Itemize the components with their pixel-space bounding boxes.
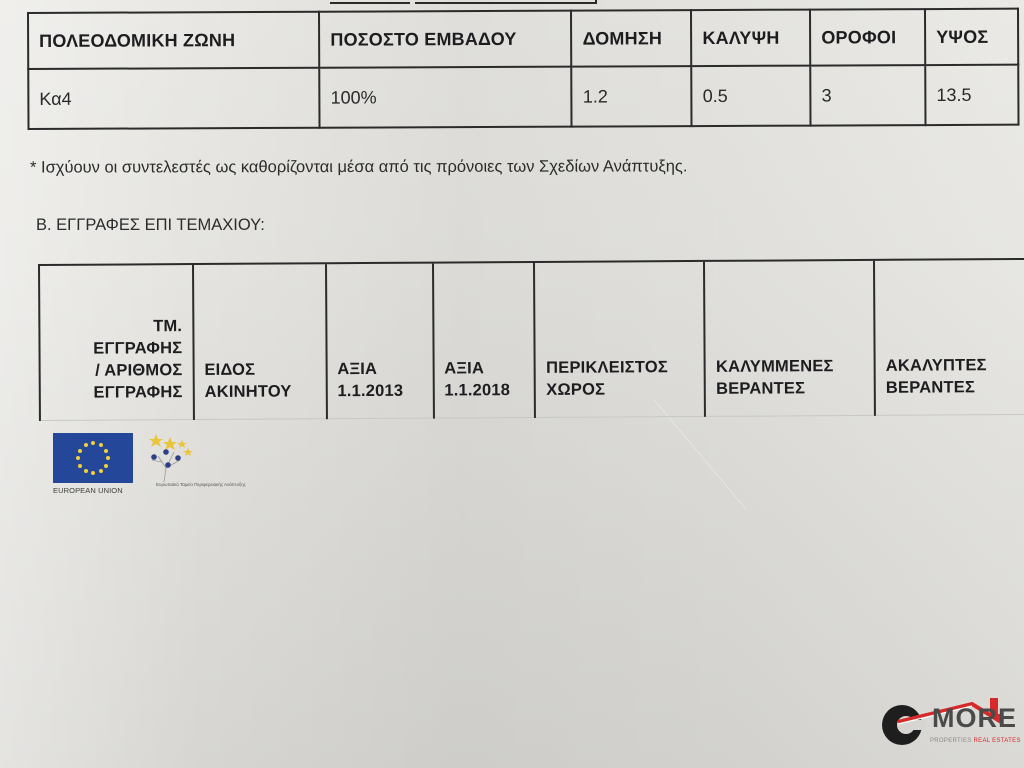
header-value-2013: ΑΞΙΑ 1.1.2013	[326, 263, 434, 419]
eu-star-icon	[84, 443, 88, 447]
eu-star-icon	[99, 443, 103, 447]
coefficients-note: * Ισχύουν οι συντελεστές ως καθορίζονται…	[30, 157, 687, 177]
eu-flag-icon	[53, 433, 133, 483]
header-area-percent: ΠΟΣΟΣΤΟ ΕΜΒΑΔΟΥ	[319, 11, 571, 68]
parcel-entries-table: ΤΜ. ΕΓΓΡΑΦΗΣ / ΑΡΙΘΜΟΣ ΕΓΓΡΑΦΗΣ ΕΙΔΟΣ ΑΚ…	[38, 258, 1024, 421]
header-floors: ΟΡΟΦΟΙ	[810, 9, 925, 66]
eu-caption: EUROPEAN UNION	[53, 486, 133, 495]
entries-header-row: ΤΜ. ΕΓΓΡΑΦΗΣ / ΑΡΙΘΜΟΣ ΕΓΓΡΑΦΗΣ ΕΙΔΟΣ ΑΚ…	[39, 259, 1024, 421]
header-uncovered-verandas: ΑΚΑΛΥΠΤΕΣ ΒΕΡΑΝΤΕΣ	[874, 259, 1024, 415]
eu-star-icon	[84, 469, 88, 473]
previous-table-edge	[415, 0, 597, 4]
regional-fund-caption: Ευρωπαϊκό Ταμείο Περιφερειακής Ανάπτυξης	[156, 482, 246, 487]
previous-table-edge	[330, 0, 410, 4]
watermark-subtitle: PROPERTIES REAL ESTATES	[930, 738, 1021, 744]
cell-coverage: 0.5	[692, 66, 811, 127]
eu-star-icon	[91, 441, 95, 445]
eu-star-icon	[106, 456, 110, 460]
eu-star-icon	[78, 464, 82, 468]
cell-floors: 3	[810, 65, 925, 126]
cell-area-percent: 100%	[319, 67, 571, 128]
watermark-brand: MORE	[932, 703, 1017, 734]
section-b-title: Β. ΕΓΓΡΑΦΕΣ ΕΠΙ ΤΕΜΑΧΙΟΥ:	[36, 216, 265, 235]
eu-star-icon	[104, 449, 108, 453]
header-coverage: ΚΑΛΥΨΗ	[691, 10, 810, 67]
zoning-header-row: ΠΟΛΕΟΔΟΜΙΚΗ ΖΩΝΗ ΠΟΣΟΣΤΟ ΕΜΒΑΔΟΥ ΔΟΜΗΣΗ …	[28, 9, 1018, 69]
eu-star-icon	[91, 471, 95, 475]
zoning-table: ΠΟΛΕΟΔΟΜΙΚΗ ΖΩΝΗ ΠΟΣΟΣΤΟ ΕΜΒΑΔΟΥ ΔΟΜΗΣΗ …	[27, 8, 1020, 130]
eu-logo: EUROPEAN UNION	[53, 433, 133, 495]
header-value-2018: ΑΞΙΑ 1.1.2018	[433, 262, 536, 418]
header-covered-verandas: ΚΑΛΥΜΜΕΝΕΣ ΒΕΡΑΝΤΕΣ	[704, 260, 875, 417]
eu-star-icon	[99, 469, 103, 473]
header-registration-number: ΤΜ. ΕΓΓΡΑΦΗΣ / ΑΡΙΘΜΟΣ ΕΓΓΡΑΦΗΣ	[39, 264, 194, 420]
cell-building-density: 1.2	[572, 66, 692, 127]
header-zone: ΠΟΛΕΟΔΟΜΙΚΗ ΖΩΝΗ	[28, 12, 319, 69]
header-height: ΥΨΟΣ	[925, 9, 1018, 65]
cell-height: 13.5	[925, 65, 1018, 125]
header-enclosed-area: ΠΕΡΙΚΛΕΙΣΤΟΣ ΧΩΡΟΣ	[534, 261, 705, 418]
eu-star-icon	[78, 449, 82, 453]
table-row: Κα4 100% 1.2 0.5 3 13.5	[28, 65, 1018, 129]
eu-star-icon	[76, 456, 80, 460]
header-building-density: ΔΟΜΗΣΗ	[571, 10, 691, 67]
cell-zone: Κα4	[28, 68, 319, 129]
header-property-type: ΕΙΔΟΣ ΑΚΙΝΗΤΟΥ	[193, 263, 327, 419]
eu-star-icon	[104, 464, 108, 468]
watermark-subtitle-left: PROPERTIES	[930, 738, 972, 744]
watermark-subtitle-right: REAL ESTATES	[974, 738, 1021, 744]
